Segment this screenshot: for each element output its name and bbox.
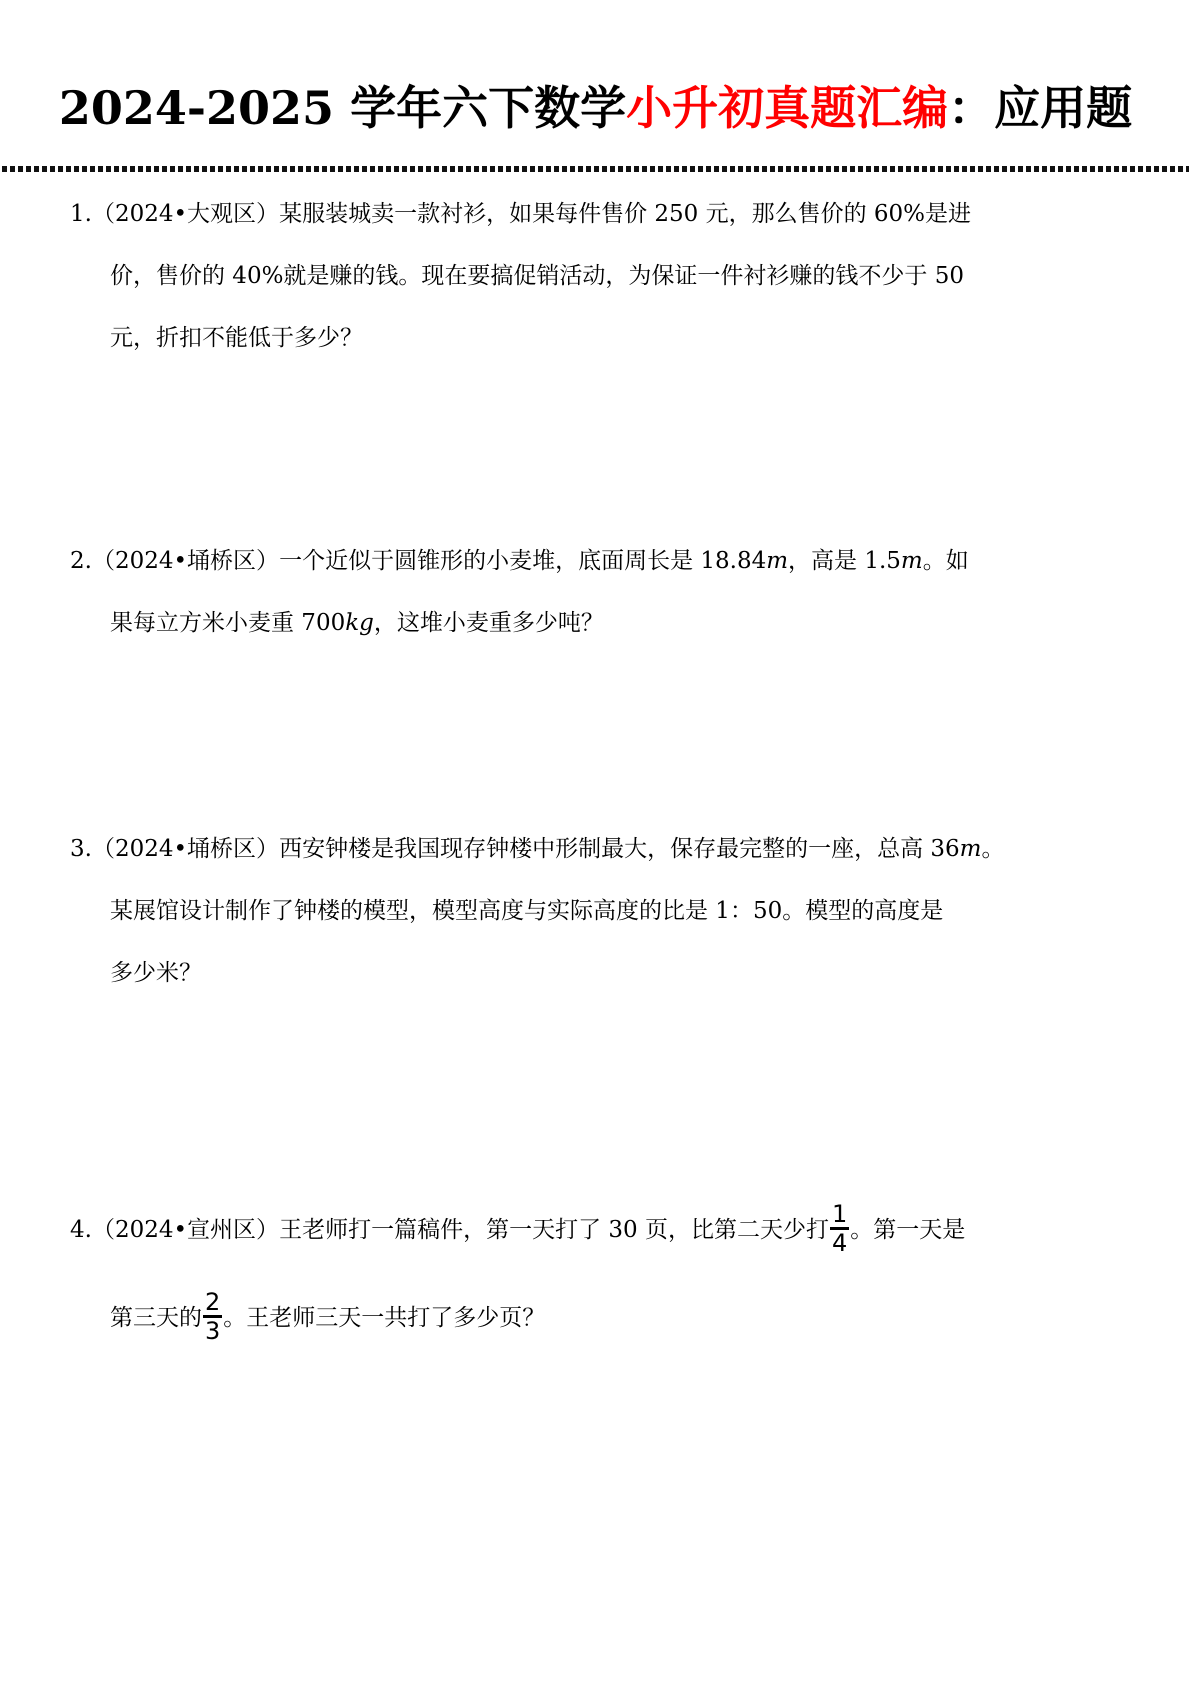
question-3-line-3: 多少米？ bbox=[70, 942, 1120, 1004]
question-2-line-1: 2.（2024•埇桥区）一个近似于圆锥形的小麦堆，底面周长是 18.84m，高是… bbox=[70, 530, 1120, 592]
fraction-two-thirds: 23 bbox=[203, 1289, 222, 1344]
dotted-separator bbox=[2, 166, 1189, 172]
question-4-line-2: 第三天的23。王老师三天一共打了多少页？ bbox=[70, 1274, 1120, 1362]
question-number: 4. bbox=[70, 1217, 92, 1243]
question-2: 2.（2024•埇桥区）一个近似于圆锥形的小麦堆，底面周长是 18.84m，高是… bbox=[70, 530, 1120, 654]
title-prefix: 2024-2025 学年六下数学 bbox=[59, 81, 626, 135]
fraction-numerator: 1 bbox=[830, 1201, 849, 1227]
question-text: 西安钟楼是我国现存钟楼中形制最大，保存最完整的一座，总高 36 bbox=[279, 836, 960, 862]
fraction-denominator: 4 bbox=[830, 1230, 849, 1256]
question-number: 2. bbox=[70, 548, 92, 574]
question-1-line-1: 1.（2024•大观区）某服装城卖一款衬衫，如果每件售价 250 元，那么售价的… bbox=[70, 183, 1120, 245]
title-suffix: ：应用题 bbox=[948, 81, 1132, 135]
question-number: 1. bbox=[70, 201, 92, 227]
question-number: 3. bbox=[70, 836, 92, 862]
page-title: 2024-2025 学年六下数学小升初真题汇编：应用题 bbox=[0, 78, 1191, 138]
question-text: 第三天的 bbox=[110, 1305, 202, 1331]
question-source: （2024•埇桥区） bbox=[92, 836, 279, 862]
title-highlight: 小升初真题汇编 bbox=[626, 81, 948, 135]
question-text: ，高是 1.5 bbox=[788, 548, 901, 574]
unit-meter: m bbox=[766, 548, 788, 574]
question-source: （2024•宣州区） bbox=[92, 1217, 279, 1243]
fraction-denominator: 3 bbox=[203, 1318, 222, 1344]
question-text: ，这堆小麦重多少吨？ bbox=[374, 610, 604, 636]
unit-meter: m bbox=[960, 836, 982, 862]
question-4: 4.（2024•宣州区）王老师打一篇稿件，第一天打了 30 页，比第二天少打14… bbox=[70, 1186, 1120, 1362]
question-text: 。王老师三天一共打了多少页？ bbox=[223, 1305, 545, 1331]
question-3-line-2: 某展馆设计制作了钟楼的模型，模型高度与实际高度的比是 1：50。模型的高度是 bbox=[70, 880, 1120, 942]
question-text: 。第一天是 bbox=[850, 1217, 965, 1243]
question-3: 3.（2024•埇桥区）西安钟楼是我国现存钟楼中形制最大，保存最完整的一座，总高… bbox=[70, 818, 1120, 1004]
question-1: 1.（2024•大观区）某服装城卖一款衬衫，如果每件售价 250 元，那么售价的… bbox=[70, 183, 1120, 369]
unit-meter: m bbox=[901, 548, 923, 574]
question-source: （2024•埇桥区） bbox=[92, 548, 279, 574]
question-3-line-1: 3.（2024•埇桥区）西安钟楼是我国现存钟楼中形制最大，保存最完整的一座，总高… bbox=[70, 818, 1120, 880]
question-text: 某服装城卖一款衬衫，如果每件售价 250 元，那么售价的 60%是进 bbox=[279, 201, 971, 227]
question-text: 王老师打一篇稿件，第一天打了 30 页，比第二天少打 bbox=[279, 1217, 829, 1243]
question-text: 果每立方米小麦重 700 bbox=[110, 610, 345, 636]
question-2-line-2: 果每立方米小麦重 700kg，这堆小麦重多少吨？ bbox=[70, 592, 1120, 654]
question-4-line-1: 4.（2024•宣州区）王老师打一篇稿件，第一天打了 30 页，比第二天少打14… bbox=[70, 1186, 1120, 1274]
unit-kilogram: kg bbox=[345, 610, 374, 636]
fraction-one-quarter: 14 bbox=[830, 1201, 849, 1256]
question-text: 一个近似于圆锥形的小麦堆，底面周长是 18.84 bbox=[279, 548, 766, 574]
question-text: 。如 bbox=[923, 548, 969, 574]
question-text: 。 bbox=[981, 836, 1004, 862]
question-1-line-3: 元，折扣不能低于多少？ bbox=[70, 307, 1120, 369]
fraction-numerator: 2 bbox=[203, 1289, 222, 1315]
question-1-line-2: 价，售价的 40%就是赚的钱。现在要搞促销活动，为保证一件衬衫赚的钱不少于 50 bbox=[70, 245, 1120, 307]
question-source: （2024•大观区） bbox=[92, 201, 279, 227]
